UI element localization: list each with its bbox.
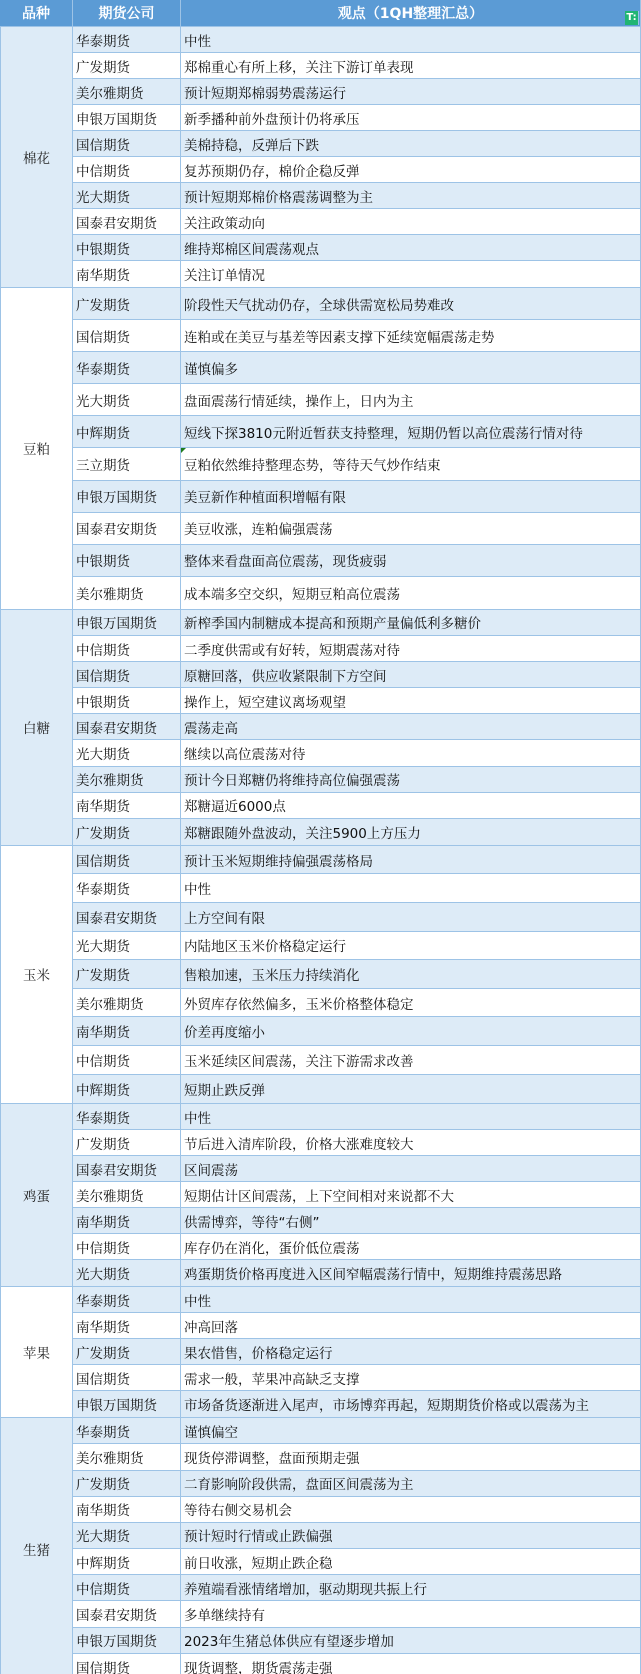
- opinion-text: 短线下探3810元附近暂获支持整理，短期仍暂以高位震荡行情对待: [184, 422, 583, 442]
- opinion-text: 关注订单情况: [184, 264, 265, 284]
- opinion-text: 养殖端看涨情绪增加，驱动期现共振上行: [184, 1578, 427, 1598]
- opinion-cell[interactable]: 郑棉重心有所上移，关注下游订单表现: [181, 53, 641, 78]
- filter-icon[interactable]: T:: [625, 11, 639, 25]
- table-row: 光大期货继续以高位震荡对待: [73, 740, 641, 766]
- company-cell[interactable]: 美尔雅期货: [73, 1182, 181, 1207]
- header-opinion[interactable]: 观点（1QH整理汇总）: [181, 0, 641, 26]
- opinion-cell[interactable]: 郑糖逼近6000点: [181, 793, 641, 818]
- company-cell[interactable]: 南华期货: [73, 261, 181, 287]
- company-cell[interactable]: 广发期货: [73, 960, 181, 988]
- table-row: 三立期货豆粕依然维持整理态势，等待天气炒作结束: [73, 448, 641, 480]
- opinion-cell[interactable]: 价差再度缩小: [181, 1017, 641, 1045]
- company-cell[interactable]: 光大期货: [73, 740, 181, 765]
- opinion-text: 果农惜售，价格稳定运行: [184, 1342, 333, 1362]
- opinion-cell[interactable]: 阶段性天气扰动仍存，全球供需宽松局势难改: [181, 288, 641, 319]
- opinion-text: 玉米延续区间震荡，关注下游需求改善: [184, 1050, 414, 1070]
- opinion-text: 连粕或在美豆与基差等因素支撑下延续宽幅震荡走势: [184, 326, 495, 346]
- variety-group: 玉米国信期货预计玉米短期维持偏强震荡格局华泰期货中性国泰君安期货上方空间有限光大…: [0, 846, 641, 1104]
- opinion-cell[interactable]: 短线下探3810元附近暂获支持整理，短期仍暂以高位震荡行情对待: [181, 416, 641, 447]
- header-company[interactable]: 期货公司: [73, 0, 181, 26]
- table-row: 广发期货售粮加速，玉米压力持续消化: [73, 960, 641, 989]
- opinion-text: 库存仍在消化，蛋价低位震荡: [184, 1237, 360, 1257]
- opinion-cell[interactable]: 谨慎偏空: [181, 1418, 641, 1443]
- company-cell[interactable]: 美尔雅期货: [73, 767, 181, 792]
- company-cell[interactable]: 中辉期货: [73, 1549, 181, 1574]
- company-cell[interactable]: 广发期货: [73, 1339, 181, 1364]
- table-row: 广发期货果农惜售，价格稳定运行: [73, 1339, 641, 1365]
- opinion-cell[interactable]: 盘面震荡行情延续，操作上，日内为主: [181, 384, 641, 415]
- opinion-cell[interactable]: 库存仍在消化，蛋价低位震荡: [181, 1234, 641, 1259]
- table-row: 国信期货现货调整，期货震荡走强: [73, 1654, 641, 1674]
- opinion-cell[interactable]: 区间震荡: [181, 1156, 641, 1181]
- opinion-cell[interactable]: 维持郑棉区间震荡观点: [181, 235, 641, 260]
- opinion-cell[interactable]: 预计今日郑糖仍将维持高位偏强震荡: [181, 767, 641, 792]
- variety-rows: 华泰期货谨慎偏空美尔雅期货现货停滞调整，盘面预期走强广发期货二育影响阶段供需，盘…: [73, 1418, 641, 1674]
- table-row: 华泰期货谨慎偏空: [73, 1418, 641, 1444]
- opinion-text: 谨慎偏多: [184, 358, 238, 378]
- company-cell[interactable]: 南华期货: [73, 1208, 181, 1233]
- opinion-text: 关注政策动向: [184, 212, 265, 232]
- table-row: 美尔雅期货现货停滞调整，盘面预期走强: [73, 1444, 641, 1470]
- opinion-cell[interactable]: 操作上，短空建议离场观望: [181, 688, 641, 713]
- opinion-text: 谨慎偏空: [184, 1421, 238, 1441]
- opinion-text: 多单继续持有: [184, 1604, 265, 1624]
- company-cell[interactable]: 广发期货: [73, 819, 181, 845]
- variety-group: 豆粕广发期货阶段性天气扰动仍存，全球供需宽松局势难改国信期货连粕或在美豆与基差等…: [0, 288, 641, 610]
- table-row: 中信期货二季度供需或有好转，短期震荡对待: [73, 636, 641, 662]
- company-cell[interactable]: 南华期货: [73, 1017, 181, 1045]
- opinion-text: 短期估计区间震荡，上下空间相对来说都不大: [184, 1185, 454, 1205]
- opinion-text: 二季度供需或有好转，短期震荡对待: [184, 639, 400, 659]
- company-cell[interactable]: 南华期货: [73, 1497, 181, 1522]
- opinion-text: 新季播种前外盘预计仍将承压: [184, 108, 360, 128]
- company-cell[interactable]: 南华期货: [73, 1313, 181, 1338]
- company-cell[interactable]: 中信期货: [73, 1046, 181, 1074]
- opinion-cell[interactable]: 美豆新作种植面积增幅有限: [181, 481, 641, 512]
- table-row: 光大期货预计短期郑棉价格震荡调整为主: [73, 183, 641, 209]
- table-row: 美尔雅期货短期估计区间震荡，上下空间相对来说都不大: [73, 1182, 641, 1208]
- table-row: 国泰君安期货上方空间有限: [73, 903, 641, 932]
- opinion-cell[interactable]: 豆粕依然维持整理态势，等待天气炒作结束: [181, 448, 641, 479]
- company-cell[interactable]: 光大期货: [73, 1523, 181, 1548]
- table-row: 广发期货郑棉重心有所上移，关注下游订单表现: [73, 53, 641, 79]
- table-row: 南华期货郑糖逼近6000点: [73, 793, 641, 819]
- opinion-cell[interactable]: 2023年生猪总体供应有望逐步增加: [181, 1628, 641, 1653]
- table-row: 中银期货维持郑棉区间震荡观点: [73, 235, 641, 261]
- company-cell[interactable]: 华泰期货: [73, 874, 181, 902]
- opinion-cell[interactable]: 中性: [181, 1287, 641, 1312]
- table-row: 广发期货二育影响阶段供需，盘面区间震荡为主: [73, 1471, 641, 1497]
- table-row: 南华期货冲高回落: [73, 1313, 641, 1339]
- opinion-text: 价差再度缩小: [184, 1021, 265, 1041]
- company-cell[interactable]: 中辉期货: [73, 1075, 181, 1104]
- table-row: 国泰君安期货关注政策动向: [73, 209, 641, 235]
- company-cell[interactable]: 申银万国期货: [73, 1391, 181, 1417]
- opinion-cell[interactable]: 复苏预期仍存，棉价企稳反弹: [181, 157, 641, 182]
- opinion-text: 区间震荡: [184, 1159, 238, 1179]
- opinion-cell[interactable]: 供需博弈，等待“右侧”: [181, 1208, 641, 1233]
- company-cell[interactable]: 中银期货: [73, 545, 181, 576]
- opinion-cell[interactable]: 养殖端看涨情绪增加，驱动期现共振上行: [181, 1575, 641, 1600]
- table-row: 国信期货预计玉米短期维持偏强震荡格局: [73, 846, 641, 875]
- opinion-text: 中性: [184, 1107, 211, 1127]
- table-row: 光大期货预计短时行情或止跌偏强: [73, 1523, 641, 1549]
- company-cell[interactable]: 广发期货: [73, 288, 181, 319]
- company-cell[interactable]: 中信期货: [73, 157, 181, 182]
- company-cell[interactable]: 华泰期货: [73, 1418, 181, 1443]
- table-row: 华泰期货中性: [73, 874, 641, 903]
- opinion-text: 现货停滞调整，盘面预期走强: [184, 1447, 360, 1467]
- opinion-text: 郑糖跟随外盘波动，关注5900上方压力: [184, 822, 421, 842]
- company-cell[interactable]: 美尔雅期货: [73, 1444, 181, 1469]
- opinion-cell[interactable]: 多单继续持有: [181, 1601, 641, 1626]
- opinion-text: 节后进入清库阶段，价格大涨难度较大: [184, 1133, 414, 1153]
- opinion-text: 郑棉重心有所上移，关注下游订单表现: [184, 56, 414, 76]
- table-row: 广发期货郑糖跟随外盘波动，关注5900上方压力: [73, 819, 641, 845]
- opinion-text: 继续以高位震荡对待: [184, 743, 306, 763]
- opinion-cell[interactable]: 中性: [181, 874, 641, 902]
- opinion-cell[interactable]: 上方空间有限: [181, 903, 641, 931]
- table-row: 国泰君安期货区间震荡: [73, 1156, 641, 1182]
- opinion-cell[interactable]: 短期估计区间震荡，上下空间相对来说都不大: [181, 1182, 641, 1207]
- company-cell[interactable]: 国信期货: [73, 846, 181, 874]
- table-row: 中辉期货短期止跌反弹: [73, 1075, 641, 1104]
- company-cell[interactable]: 申银万国期货: [73, 1628, 181, 1653]
- company-cell[interactable]: 光大期货: [73, 1260, 181, 1286]
- opinion-cell[interactable]: 预计短期郑棉弱势震荡运行: [181, 79, 641, 104]
- opinion-text: 中性: [184, 1290, 211, 1310]
- opinion-text: 中性: [184, 30, 211, 50]
- variety-cell[interactable]: 生猪: [0, 1418, 73, 1674]
- opinion-cell[interactable]: 市场备货逐渐进入尾声，市场博弈再起，短期期货价格或以震荡为主: [181, 1391, 641, 1417]
- opinion-text: 盘面震荡行情延续，操作上，日内为主: [184, 390, 414, 410]
- opinion-text: 豆粕依然维持整理态势，等待天气炒作结束: [184, 454, 441, 474]
- opinion-text: 震荡走高: [184, 717, 238, 737]
- table-row: 中银期货整体来看盘面高位震荡，现货疲弱: [73, 545, 641, 577]
- opinion-cell[interactable]: 整体来看盘面高位震荡，现货疲弱: [181, 545, 641, 576]
- opinion-cell[interactable]: 现货停滞调整，盘面预期走强: [181, 1444, 641, 1469]
- company-cell[interactable]: 广发期货: [73, 53, 181, 78]
- opinion-cell[interactable]: 二季度供需或有好转，短期震荡对待: [181, 636, 641, 661]
- opinion-cell[interactable]: 预计短时行情或止跌偏强: [181, 1523, 641, 1548]
- opinion-cell[interactable]: 预计短期郑棉价格震荡调整为主: [181, 183, 641, 208]
- variety-cell[interactable]: 苹果: [0, 1287, 73, 1417]
- opinion-cell[interactable]: 需求一般，苹果冲高缺乏支撑: [181, 1365, 641, 1390]
- comment-indicator-icon[interactable]: [181, 448, 186, 453]
- company-cell[interactable]: 华泰期货: [73, 1104, 181, 1129]
- opinion-text: 郑糖逼近6000点: [184, 795, 286, 815]
- opinion-cell[interactable]: 果农惜售，价格稳定运行: [181, 1339, 641, 1364]
- table-row: 国泰君安期货美豆收涨，连粕偏强震荡: [73, 513, 641, 545]
- company-cell[interactable]: 中银期货: [73, 235, 181, 260]
- futures-opinion-table: 品种 期货公司 观点（1QH整理汇总） T: 棉花华泰期货中性广发期货郑棉重心有…: [0, 0, 641, 1674]
- table-row: 申银万国期货2023年生猪总体供应有望逐步增加: [73, 1628, 641, 1654]
- table-row: 国信期货连粕或在美豆与基差等因素支撑下延续宽幅震荡走势: [73, 320, 641, 352]
- company-cell[interactable]: 美尔雅期货: [73, 989, 181, 1017]
- table-row: 光大期货内陆地区玉米价格稳定运行: [73, 932, 641, 961]
- table-row: 广发期货节后进入清库阶段，价格大涨难度较大: [73, 1130, 641, 1156]
- table-row: 申银万国期货新榨季国内制糖成本提高和预期产量偏低利多糖价: [73, 610, 641, 636]
- company-cell[interactable]: 国泰君安期货: [73, 1601, 181, 1626]
- variety-cell[interactable]: 棉花: [0, 27, 73, 287]
- opinion-text: 供需博弈，等待“右侧”: [184, 1211, 320, 1231]
- opinion-text: 内陆地区玉米价格稳定运行: [184, 935, 346, 955]
- opinion-cell[interactable]: 内陆地区玉米价格稳定运行: [181, 932, 641, 960]
- table-row: 南华期货价差再度缩小: [73, 1017, 641, 1046]
- opinion-cell[interactable]: 售粮加速，玉米压力持续消化: [181, 960, 641, 988]
- opinion-text: 售粮加速，玉米压力持续消化: [184, 964, 360, 984]
- opinion-cell[interactable]: 短期止跌反弹: [181, 1075, 641, 1104]
- company-cell[interactable]: 申银万国期货: [73, 105, 181, 130]
- variety-cell[interactable]: 豆粕: [0, 288, 73, 609]
- opinion-cell[interactable]: 鸡蛋期货价格再度进入区间窄幅震荡行情中，短期维持震荡思路: [181, 1260, 641, 1286]
- opinion-cell[interactable]: 玉米延续区间震荡，关注下游需求改善: [181, 1046, 641, 1074]
- variety-group: 棉花华泰期货中性广发期货郑棉重心有所上移，关注下游订单表现美尔雅期货预计短期郑棉…: [0, 27, 641, 288]
- opinion-text: 操作上，短空建议离场观望: [184, 691, 346, 711]
- opinion-cell[interactable]: 震荡走高: [181, 714, 641, 739]
- table-row: 中信期货复苏预期仍存，棉价企稳反弹: [73, 157, 641, 183]
- company-cell[interactable]: 光大期货: [73, 183, 181, 208]
- table-row: 申银万国期货美豆新作种植面积增幅有限: [73, 481, 641, 513]
- opinion-text: 外贸库存依然偏多，玉米价格整体稳定: [184, 993, 414, 1013]
- company-cell[interactable]: 中信期货: [73, 636, 181, 661]
- opinion-cell[interactable]: 二育影响阶段供需，盘面区间震荡为主: [181, 1471, 641, 1496]
- variety-rows: 华泰期货中性广发期货郑棉重心有所上移，关注下游订单表现美尔雅期货预计短期郑棉弱势…: [73, 27, 641, 287]
- table-row: 中信期货玉米延续区间震荡，关注下游需求改善: [73, 1046, 641, 1075]
- opinion-cell[interactable]: 连粕或在美豆与基差等因素支撑下延续宽幅震荡走势: [181, 320, 641, 351]
- table-row: 南华期货关注订单情况: [73, 261, 641, 287]
- company-cell[interactable]: 申银万国期货: [73, 610, 181, 635]
- opinion-text: 维持郑棉区间震荡观点: [184, 238, 319, 258]
- opinion-cell[interactable]: 新季播种前外盘预计仍将承压: [181, 105, 641, 130]
- opinion-cell[interactable]: 等待右侧交易机会: [181, 1497, 641, 1522]
- table-row: 中辉期货前日收涨，短期止跌企稳: [73, 1549, 641, 1575]
- opinion-cell[interactable]: 现货调整，期货震荡走强: [181, 1654, 641, 1674]
- table-row: 国信期货美棉持稳，反弹后下跌: [73, 131, 641, 157]
- variety-group: 白糖申银万国期货新榨季国内制糖成本提高和预期产量偏低利多糖价中信期货二季度供需或…: [0, 610, 641, 846]
- company-cell[interactable]: 中信期货: [73, 1575, 181, 1600]
- opinion-text: 短期止跌反弹: [184, 1079, 265, 1099]
- company-cell[interactable]: 中银期货: [73, 688, 181, 713]
- company-cell[interactable]: 广发期货: [73, 1471, 181, 1496]
- opinion-text: 预计短期郑棉弱势震荡运行: [184, 82, 346, 102]
- company-cell[interactable]: 国信期货: [73, 131, 181, 156]
- table-row: 华泰期货谨慎偏多: [73, 352, 641, 384]
- company-cell[interactable]: 华泰期货: [73, 27, 181, 52]
- variety-group: 生猪华泰期货谨慎偏空美尔雅期货现货停滞调整，盘面预期走强广发期货二育影响阶段供需…: [0, 1418, 641, 1674]
- table-row: 光大期货鸡蛋期货价格再度进入区间窄幅震荡行情中，短期维持震荡思路: [73, 1260, 641, 1286]
- opinion-text: 预计短期郑棉价格震荡调整为主: [184, 186, 373, 206]
- opinion-text: 需求一般，苹果冲高缺乏支撑: [184, 1368, 360, 1388]
- opinion-cell[interactable]: 前日收涨，短期止跌企稳: [181, 1549, 641, 1574]
- company-cell[interactable]: 国泰君安期货: [73, 209, 181, 234]
- company-cell[interactable]: 广发期货: [73, 1130, 181, 1155]
- opinion-text: 预计短时行情或止跌偏强: [184, 1525, 333, 1545]
- opinion-cell[interactable]: 外贸库存依然偏多，玉米价格整体稳定: [181, 989, 641, 1017]
- table-row: 南华期货等待右侧交易机会: [73, 1497, 641, 1523]
- company-cell[interactable]: 三立期货: [73, 448, 181, 479]
- opinion-cell[interactable]: 关注政策动向: [181, 209, 641, 234]
- opinion-cell[interactable]: 新榨季国内制糖成本提高和预期产量偏低利多糖价: [181, 610, 641, 635]
- company-cell[interactable]: 国信期货: [73, 320, 181, 351]
- table-row: 光大期货盘面震荡行情延续，操作上，日内为主: [73, 384, 641, 416]
- opinion-text: 预计玉米短期维持偏强震荡格局: [184, 850, 373, 870]
- table-header: 品种 期货公司 观点（1QH整理汇总） T:: [0, 0, 641, 27]
- header-variety[interactable]: 品种: [0, 0, 73, 26]
- opinion-text: 中性: [184, 878, 211, 898]
- opinion-text: 前日收涨，短期止跌企稳: [184, 1552, 333, 1572]
- company-cell[interactable]: 国泰君安期货: [73, 714, 181, 739]
- opinion-text: 市场备货逐渐进入尾声，市场博弈再起，短期期货价格或以震荡为主: [184, 1394, 589, 1414]
- opinion-cell[interactable]: 中性: [181, 1104, 641, 1129]
- opinion-cell[interactable]: 郑糖跟随外盘波动，关注5900上方压力: [181, 819, 641, 845]
- opinion-text: 等待右侧交易机会: [184, 1499, 292, 1519]
- opinion-text: 现货调整，期货震荡走强: [184, 1657, 333, 1674]
- table-body: 棉花华泰期货中性广发期货郑棉重心有所上移，关注下游订单表现美尔雅期货预计短期郑棉…: [0, 27, 641, 1674]
- company-cell[interactable]: 国信期货: [73, 662, 181, 687]
- opinion-text: 2023年生猪总体供应有望逐步增加: [184, 1630, 394, 1650]
- opinion-cell[interactable]: 冲高回落: [181, 1313, 641, 1338]
- table-row: 中银期货操作上，短空建议离场观望: [73, 688, 641, 714]
- company-cell[interactable]: 申银万国期货: [73, 481, 181, 512]
- company-cell[interactable]: 美尔雅期货: [73, 79, 181, 104]
- variety-rows: 华泰期货中性广发期货节后进入清库阶段，价格大涨难度较大国泰君安期货区间震荡美尔雅…: [73, 1104, 641, 1286]
- variety-rows: 申银万国期货新榨季国内制糖成本提高和预期产量偏低利多糖价中信期货二季度供需或有好…: [73, 610, 641, 845]
- opinion-cell[interactable]: 成本端多空交织，短期豆粕高位震荡: [181, 577, 641, 609]
- table-row: 中信期货养殖端看涨情绪增加，驱动期现共振上行: [73, 1575, 641, 1601]
- company-cell[interactable]: 国泰君安期货: [73, 903, 181, 931]
- opinion-cell[interactable]: 中性: [181, 27, 641, 52]
- table-row: 国信期货需求一般，苹果冲高缺乏支撑: [73, 1365, 641, 1391]
- opinion-text: 成本端多空交织，短期豆粕高位震荡: [184, 583, 400, 603]
- opinion-cell[interactable]: 美豆收涨，连粕偏强震荡: [181, 513, 641, 544]
- table-row: 中辉期货短线下探3810元附近暂获支持整理，短期仍暂以高位震荡行情对待: [73, 416, 641, 448]
- opinion-cell[interactable]: 原糖回落，供应收紧限制下方空间: [181, 662, 641, 687]
- opinion-text: 美棉持稳，反弹后下跌: [184, 134, 319, 154]
- variety-rows: 华泰期货中性南华期货冲高回落广发期货果农惜售，价格稳定运行国信期货需求一般，苹果…: [73, 1287, 641, 1417]
- table-row: 华泰期货中性: [73, 1104, 641, 1130]
- opinion-text: 复苏预期仍存，棉价企稳反弹: [184, 160, 360, 180]
- variety-cell[interactable]: 玉米: [0, 846, 73, 1103]
- opinion-text: 上方空间有限: [184, 907, 265, 927]
- table-row: 华泰期货中性: [73, 27, 641, 53]
- company-cell[interactable]: 光大期货: [73, 384, 181, 415]
- table-row: 美尔雅期货成本端多空交织，短期豆粕高位震荡: [73, 577, 641, 609]
- table-row: 国信期货原糖回落，供应收紧限制下方空间: [73, 662, 641, 688]
- opinion-text: 预计今日郑糖仍将维持高位偏强震荡: [184, 769, 400, 789]
- company-cell[interactable]: 中辉期货: [73, 416, 181, 447]
- variety-cell[interactable]: 鸡蛋: [0, 1104, 73, 1286]
- opinion-cell[interactable]: 节后进入清库阶段，价格大涨难度较大: [181, 1130, 641, 1155]
- variety-rows: 国信期货预计玉米短期维持偏强震荡格局华泰期货中性国泰君安期货上方空间有限光大期货…: [73, 846, 641, 1103]
- opinion-text: 阶段性天气扰动仍存，全球供需宽松局势难改: [184, 294, 454, 314]
- company-cell[interactable]: 国信期货: [73, 1654, 181, 1674]
- company-cell[interactable]: 中信期货: [73, 1234, 181, 1259]
- opinion-text: 鸡蛋期货价格再度进入区间窄幅震荡行情中，短期维持震荡思路: [184, 1263, 562, 1283]
- opinion-text: 新榨季国内制糖成本提高和预期产量偏低利多糖价: [184, 612, 481, 632]
- opinion-cell[interactable]: 预计玉米短期维持偏强震荡格局: [181, 846, 641, 874]
- table-row: 申银万国期货新季播种前外盘预计仍将承压: [73, 105, 641, 131]
- table-row: 申银万国期货市场备货逐渐进入尾声，市场博弈再起，短期期货价格或以震荡为主: [73, 1391, 641, 1417]
- table-row: 国泰君安期货震荡走高: [73, 714, 641, 740]
- variety-group: 鸡蛋华泰期货中性广发期货节后进入清库阶段，价格大涨难度较大国泰君安期货区间震荡美…: [0, 1104, 641, 1287]
- company-cell[interactable]: 美尔雅期货: [73, 577, 181, 609]
- company-cell[interactable]: 华泰期货: [73, 1287, 181, 1312]
- opinion-text: 原糖回落，供应收紧限制下方空间: [184, 665, 387, 685]
- table-row: 华泰期货中性: [73, 1287, 641, 1313]
- company-cell[interactable]: 国信期货: [73, 1365, 181, 1390]
- company-cell[interactable]: 国泰君安期货: [73, 1156, 181, 1181]
- company-cell[interactable]: 华泰期货: [73, 352, 181, 383]
- opinion-text: 美豆收涨，连粕偏强震荡: [184, 518, 333, 538]
- opinion-cell[interactable]: 谨慎偏多: [181, 352, 641, 383]
- opinion-text: 二育影响阶段供需，盘面区间震荡为主: [184, 1473, 414, 1493]
- table-row: 国泰君安期货多单继续持有: [73, 1601, 641, 1627]
- table-row: 美尔雅期货预计短期郑棉弱势震荡运行: [73, 79, 641, 105]
- table-row: 美尔雅期货预计今日郑糖仍将维持高位偏强震荡: [73, 767, 641, 793]
- opinion-cell[interactable]: 继续以高位震荡对待: [181, 740, 641, 765]
- table-row: 广发期货阶段性天气扰动仍存，全球供需宽松局势难改: [73, 288, 641, 320]
- variety-rows: 广发期货阶段性天气扰动仍存，全球供需宽松局势难改国信期货连粕或在美豆与基差等因素…: [73, 288, 641, 609]
- opinion-text: 美豆新作种植面积增幅有限: [184, 486, 346, 506]
- variety-cell[interactable]: 白糖: [0, 610, 73, 845]
- opinion-text: 整体来看盘面高位震荡，现货疲弱: [184, 550, 387, 570]
- table-row: 南华期货供需博弈，等待“右侧”: [73, 1208, 641, 1234]
- opinion-text: 冲高回落: [184, 1316, 238, 1336]
- company-cell[interactable]: 光大期货: [73, 932, 181, 960]
- opinion-cell[interactable]: 美棉持稳，反弹后下跌: [181, 131, 641, 156]
- company-cell[interactable]: 南华期货: [73, 793, 181, 818]
- company-cell[interactable]: 国泰君安期货: [73, 513, 181, 544]
- variety-group: 苹果华泰期货中性南华期货冲高回落广发期货果农惜售，价格稳定运行国信期货需求一般，…: [0, 1287, 641, 1418]
- table-row: 美尔雅期货外贸库存依然偏多，玉米价格整体稳定: [73, 989, 641, 1018]
- opinion-cell[interactable]: 关注订单情况: [181, 261, 641, 287]
- table-row: 中信期货库存仍在消化，蛋价低位震荡: [73, 1234, 641, 1260]
